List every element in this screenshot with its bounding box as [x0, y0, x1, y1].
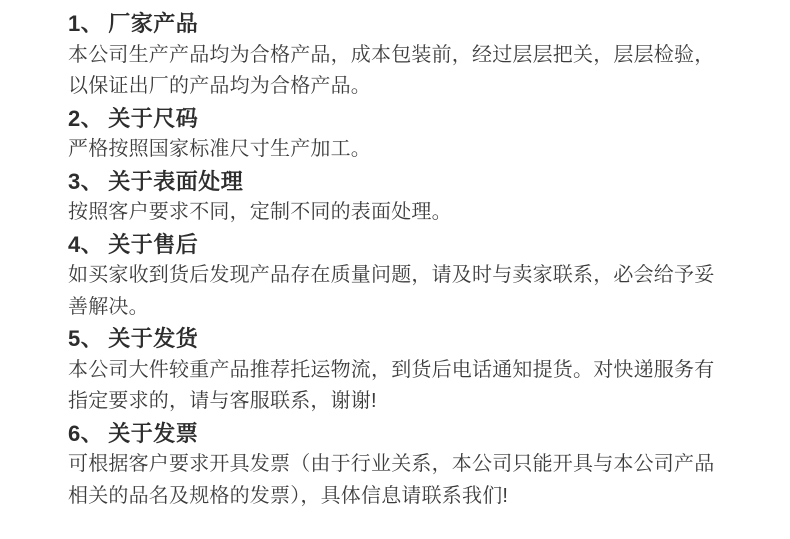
section-title: 关于尺码 — [108, 106, 198, 131]
section-body: 本公司生产产品均为合格产品，成本包装前，经过层层把关，层层检验， 以保证出厂的产… — [68, 40, 740, 103]
section-heading: 5、关于发货 — [68, 323, 740, 355]
section-heading: 6、关于发票 — [68, 418, 740, 450]
info-section: 6、关于发票 可根据客户要求开具发票（由于行业关系，本公司只能开具与本公司产品 … — [68, 418, 740, 513]
section-number: 3、 — [68, 169, 103, 194]
section-body: 严格按照国家标准尺寸生产加工。 — [68, 134, 740, 166]
info-section: 2、关于尺码 严格按照国家标准尺寸生产加工。 — [68, 103, 740, 166]
section-heading: 1、厂家产品 — [68, 8, 740, 40]
section-title: 关于表面处理 — [108, 169, 243, 194]
info-section: 4、关于售后 如买家收到货后发现产品存在质量问题，请及时与卖家联系，必会给予妥 … — [68, 229, 740, 324]
info-section: 5、关于发货 本公司大件较重产品推荐托运物流，到货后电话通知提货。对快递服务有 … — [68, 323, 740, 418]
section-number: 2、 — [68, 106, 103, 131]
info-section: 1、厂家产品 本公司生产产品均为合格产品，成本包装前，经过层层把关，层层检验， … — [68, 8, 740, 103]
section-title: 关于发票 — [108, 421, 198, 446]
section-heading: 3、关于表面处理 — [68, 166, 740, 198]
section-body: 如买家收到货后发现产品存在质量问题，请及时与卖家联系，必会给予妥 善解决。 — [68, 260, 740, 323]
section-heading: 4、关于售后 — [68, 229, 740, 261]
info-section: 3、关于表面处理 按照客户要求不同，定制不同的表面处理。 — [68, 166, 740, 229]
section-body: 本公司大件较重产品推荐托运物流，到货后电话通知提货。对快递服务有 指定要求的，请… — [68, 355, 740, 418]
section-body: 按照客户要求不同，定制不同的表面处理。 — [68, 197, 740, 229]
section-title: 关于售后 — [108, 232, 198, 257]
section-heading: 2、关于尺码 — [68, 103, 740, 135]
section-number: 4、 — [68, 232, 103, 257]
section-title: 关于发货 — [108, 326, 198, 351]
section-number: 6、 — [68, 421, 103, 446]
section-number: 5、 — [68, 326, 103, 351]
product-description-notes: 1、厂家产品 本公司生产产品均为合格产品，成本包装前，经过层层把关，层层检验， … — [0, 0, 790, 512]
section-body: 可根据客户要求开具发票（由于行业关系，本公司只能开具与本公司产品 相关的品名及规… — [68, 449, 740, 512]
section-number: 1、 — [68, 11, 103, 36]
section-title: 厂家产品 — [108, 11, 198, 36]
